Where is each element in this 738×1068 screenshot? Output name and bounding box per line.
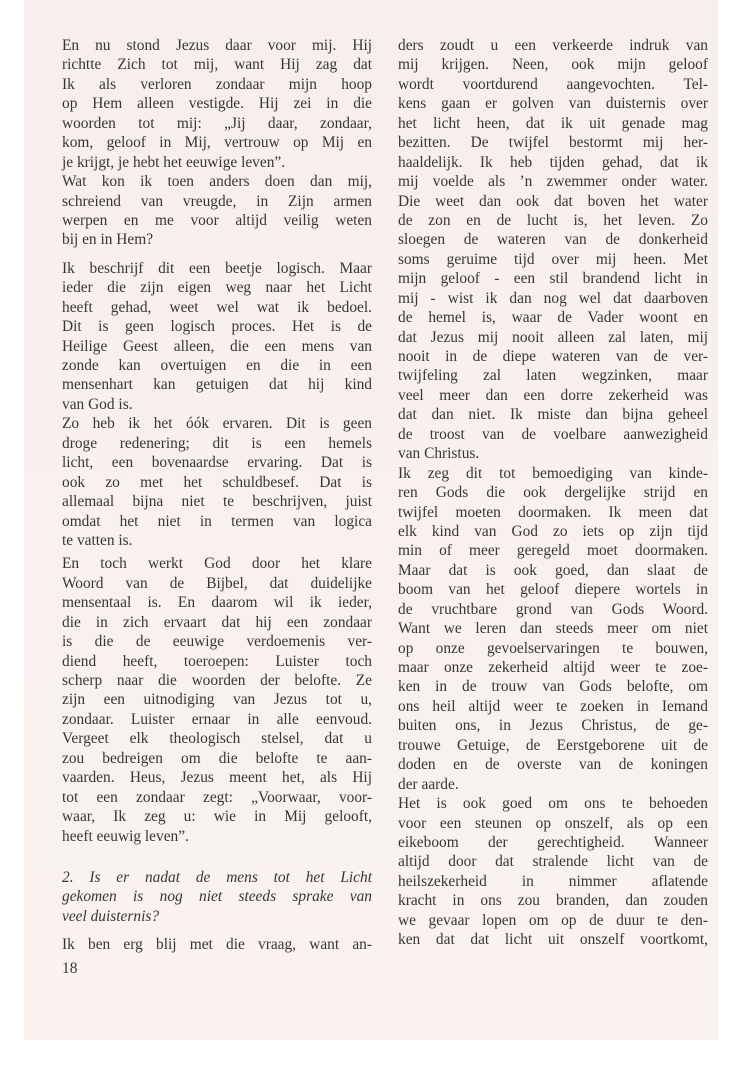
text-line: ons heil altijd weer te zoeken in Iemand: [398, 697, 708, 716]
text-line: op Hem alleen vestigde. Hij zei in die: [62, 94, 372, 113]
text-line: elk kind van God zo iets op zijn tijd: [398, 522, 708, 541]
text-line: Heilige Geest alleen, die een mens van: [62, 337, 372, 356]
text-line: de hemel is, waar de Vader woont en: [398, 308, 708, 327]
text-line: altijd door dat stralende licht van de: [398, 852, 708, 871]
text-line: vaarden. Heus, Jezus meent het, als Hij: [62, 768, 372, 787]
text-line: van God is.: [62, 395, 372, 414]
text-line: Ik ben erg blij met die vraag, want an-: [62, 935, 372, 954]
text-line: kracht in ons zou branden, dan zouden: [398, 891, 708, 910]
text-line: heeft gehad, weet wel wat ik bedoel.: [62, 298, 372, 317]
paragraph-gap: [62, 926, 372, 935]
text-line: bij en in Hem?: [62, 230, 372, 249]
text-line: En nu stond Jezus daar voor mij. Hij: [62, 36, 372, 55]
text-line: we gevaar lopen om op de duur te den-: [398, 911, 708, 930]
text-line: kens gaan er golven van duisternis over: [398, 94, 708, 113]
text-line: werpen en me voor altijd veilig weten: [62, 211, 372, 230]
text-line: ken in de trouw van Gods belofte, om: [398, 677, 708, 696]
text-line: van Christus.: [398, 444, 708, 463]
text-line: je krijgt, je hebt het eeuwige leven”.: [62, 153, 372, 172]
text-line: Ik beschrijf dit een beetje logisch. Maa…: [62, 259, 372, 278]
text-line: haaldelijk. Ik heb tijden gehad, dat ik: [398, 153, 708, 172]
text-line: zijn een uitnodiging van Jezus tot u,: [62, 690, 372, 709]
text-line: tot een zondaar zegt: „Voorwaar, voor-: [62, 788, 372, 807]
text-line: min of meer geregeld moet doormaken.: [398, 541, 708, 560]
text-line: mij - wist ik dan nog wel dat daarboven: [398, 289, 708, 308]
text-line: nooit in de diepe wateren van de ver-: [398, 347, 708, 366]
text-line: Die weet dan ook dat boven het water: [398, 192, 708, 211]
text-line: mij krijgen. Neen, ook mijn geloof: [398, 55, 708, 74]
right-column: ders zoudt u een verkeerde indruk van mi…: [398, 36, 708, 950]
paragraph-ik-zeg-dit: Ik zeg dit tot bemoediging van kinde- re…: [398, 464, 708, 794]
text-line: dat dan niet. Ik miste dan bijna geheel: [398, 405, 708, 424]
question-line: veel duisternis?: [62, 907, 372, 926]
text-line: voor een steunen op onszelf, als op een: [398, 814, 708, 833]
paragraph-zo-heb-ik: Zo heb ik het óók ervaren. Dit is geen d…: [62, 414, 372, 550]
text-line: boom van het geloof diepere wortels in: [398, 580, 708, 599]
paragraph-wat-kon-ik: Wat kon ik toen anders doen dan mij, sch…: [62, 172, 372, 250]
text-line: mensenhart kan getuigen dat hij kind: [62, 375, 372, 394]
text-line: woorden tot mij: „Jij daar, zondaar,: [62, 114, 372, 133]
page-number: 18: [62, 959, 372, 978]
text-line: trouwe Getuige, de Eerstgeborene uit de: [398, 736, 708, 755]
paragraph-ik-beschrijf: Ik beschrijf dit een beetje logisch. Maa…: [62, 259, 372, 415]
text-line: wordt voortdurend aangevochten. Tel-: [398, 75, 708, 94]
text-line: soms geruime tijd over mij heen. Met: [398, 250, 708, 269]
text-line: richtte Zich tot mij, want Hij zag dat: [62, 55, 372, 74]
paragraph-answer-start: Ik ben erg blij met die vraag, want an-: [62, 935, 372, 954]
text-line: droge redenering; dit is een hemels: [62, 434, 372, 453]
text-line: is die de eeuwige verdoemenis ver-: [62, 632, 372, 651]
paragraph-gap: [62, 250, 372, 259]
text-line: der aarde.: [398, 775, 708, 794]
text-line: op onze gevoelservaringen te bouwen,: [398, 639, 708, 658]
text-line: ren Gods die ook dergelijke strijd en: [398, 483, 708, 502]
text-line: Vergeet elk theologisch stelsel, dat u: [62, 729, 372, 748]
text-line: de vruchtbare grond van Gods Woord.: [398, 600, 708, 619]
text-line: de troost van de voelbare aanwezigheid: [398, 425, 708, 444]
text-line: allemaal bijna niet te beschrijven, juis…: [62, 492, 372, 511]
left-column: En nu stond Jezus daar voor mij. Hij ric…: [62, 36, 372, 978]
paragraph-het-is-ook-goed: Het is ook goed om ons te behoeden voor …: [398, 794, 708, 950]
text-line: licht, een bovenaardse ervaring. Dat is: [62, 453, 372, 472]
text-line: En toch werkt God door het klare: [62, 554, 372, 573]
text-line: heilszekerheid in nimmer aflatende: [398, 872, 708, 891]
text-line: Woord van de Bijbel, dat duidelijke: [62, 574, 372, 593]
text-line: ken dat dat licht uit onszelf voortkomt,: [398, 930, 708, 949]
text-line: waar, Ik zeg u: wie in Mij gelooft,: [62, 807, 372, 826]
text-line: scherp naar die woorden der belofte. Ze: [62, 671, 372, 690]
text-line: Dit is geen logisch proces. Het is de: [62, 317, 372, 336]
paragraph-jezus-daar: En nu stond Jezus daar voor mij. Hij ric…: [62, 36, 372, 172]
text-line: doden en de overste van de koningen: [398, 755, 708, 774]
text-line: maar onze zekerheid altijd weer te zoe-: [398, 658, 708, 677]
text-line: dat Jezus mij nooit alleen zal laten, mi…: [398, 328, 708, 347]
text-line: Ik als verloren zondaar mijn hoop: [62, 75, 372, 94]
text-line: Zo heb ik het óók ervaren. Dit is geen: [62, 414, 372, 433]
text-line: Het is ook goed om ons te behoeden: [398, 794, 708, 813]
text-line: ook zo met het schuldbesef. Dat is: [62, 473, 372, 492]
text-line: mij voelde als ’n zwemmer onder water.: [398, 172, 708, 191]
text-line: eikeboom der gerechtigheid. Wanneer: [398, 833, 708, 852]
text-line: buiten ons, in Jezus Christus, de ge-: [398, 716, 708, 735]
text-line: mensentaal is. En daarom wil ik ieder,: [62, 593, 372, 612]
text-line: twijfeling zal laten wegzinken, maar: [398, 366, 708, 385]
text-line: het licht heen, dat ik uit genade mag: [398, 114, 708, 133]
text-line: schreiend van vreugde, in Zijn armen: [62, 192, 372, 211]
text-line: de zon en de lucht is, het leven. Zo: [398, 211, 708, 230]
text-line: diend heeft, toeroepen: Luister toch: [62, 652, 372, 671]
question-heading: 2. Is er nadat de mens tot het Licht gek…: [62, 868, 372, 926]
text-line: ders zoudt u een verkeerde indruk van: [398, 36, 708, 55]
text-line: die in zich ervaart dat hij een zondaar: [62, 613, 372, 632]
text-line: te vatten is.: [62, 531, 372, 550]
text-line: bezitten. De twijfel bestormt mij her-: [398, 133, 708, 152]
text-line: Maar dat is ook goed, dan slaat de: [398, 561, 708, 580]
text-line: zonde kan overtuigen en die in een: [62, 356, 372, 375]
text-line: Ik zeg dit tot bemoediging van kinde-: [398, 464, 708, 483]
paragraph-ders-zoudt: ders zoudt u een verkeerde indruk van mi…: [398, 36, 708, 464]
text-line: omdat het niet in termen van logica: [62, 512, 372, 531]
text-line: zou bedreigen om die belofte te aan-: [62, 749, 372, 768]
question-line: gekomen is nog niet steeds sprake van: [62, 887, 372, 906]
text-line: Want we leren dan steeds meer om niet: [398, 619, 708, 638]
text-line: twijfel moeten doormaken. Ik meen dat: [398, 503, 708, 522]
paragraph-en-toch: En toch werkt God door het klare Woord v…: [62, 554, 372, 846]
text-line: sloegen de wateren van de donkerheid: [398, 230, 708, 249]
text-line: heeft eeuwig leven”.: [62, 827, 372, 846]
text-line: mijn geloof - een stil brandend licht in: [398, 269, 708, 288]
text-line: zondaar. Luister ernaar in alle eenvoud.: [62, 710, 372, 729]
text-line: ieder die zijn eigen weg naar het Licht: [62, 278, 372, 297]
text-line: veel meer dan een dorre zekerheid was: [398, 386, 708, 405]
section-gap: [62, 846, 372, 868]
question-line: 2. Is er nadat de mens tot het Licht: [62, 868, 372, 887]
text-line: kom, geloof in Mij, vertrouw op Mij en: [62, 133, 372, 152]
text-line: Wat kon ik toen anders doen dan mij,: [62, 172, 372, 191]
